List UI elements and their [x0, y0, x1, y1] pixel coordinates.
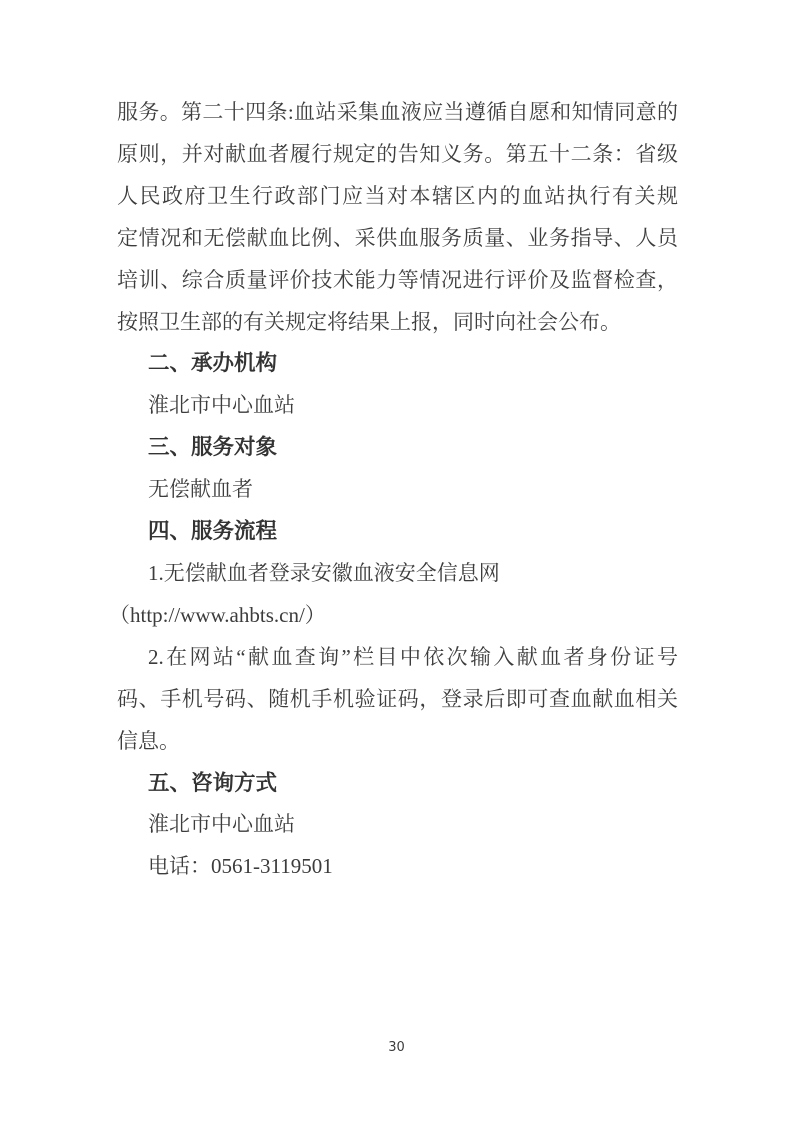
body-line: 码、手机号码、随机手机验证码，登录后即可查血献血相关 — [117, 679, 678, 721]
heading-section-4: 四、服务流程 — [117, 511, 678, 553]
body-line: 定情况和无偿献血比例、采供血服务质量、业务指导、人员 — [117, 218, 678, 260]
page-number: 30 — [0, 1040, 793, 1055]
heading-section-3: 三、服务对象 — [117, 427, 678, 469]
body-line: 淮北市中心血站 — [117, 385, 678, 427]
document-body: 服务。第二十四条:血站采集血液应当遵循自愿和知情同意的 原则，并对献血者履行规定… — [117, 92, 678, 888]
body-line-phone: 电话：0561-3119501 — [117, 846, 678, 888]
body-line: 按照卫生部的有关规定将结果上报，同时向社会公布。 — [117, 302, 678, 344]
body-line: 信息。 — [117, 721, 678, 763]
body-line-url: （http://www.ahbts.cn/） — [109, 595, 678, 637]
heading-section-2: 二、承办机构 — [117, 343, 678, 385]
body-line: 淮北市中心血站 — [117, 804, 678, 846]
document-page: 服务。第二十四条:血站采集血液应当遵循自愿和知情同意的 原则，并对献血者履行规定… — [0, 0, 793, 1122]
heading-section-5: 五、咨询方式 — [117, 763, 678, 805]
body-line: 无偿献血者 — [117, 469, 678, 511]
body-line: 服务。第二十四条:血站采集血液应当遵循自愿和知情同意的 — [117, 92, 678, 134]
body-line: 培训、综合质量评价技术能力等情况进行评价及监督检查， — [117, 260, 678, 302]
body-line: 1.无偿献血者登录安徽血液安全信息网 — [117, 553, 678, 595]
body-line: 2.在网站“献血查询”栏目中依次输入献血者身份证号 — [117, 637, 678, 679]
body-line: 原则，并对献血者履行规定的告知义务。第五十二条：省级 — [117, 134, 678, 176]
body-line: 人民政府卫生行政部门应当对本辖区内的血站执行有关规 — [117, 176, 678, 218]
